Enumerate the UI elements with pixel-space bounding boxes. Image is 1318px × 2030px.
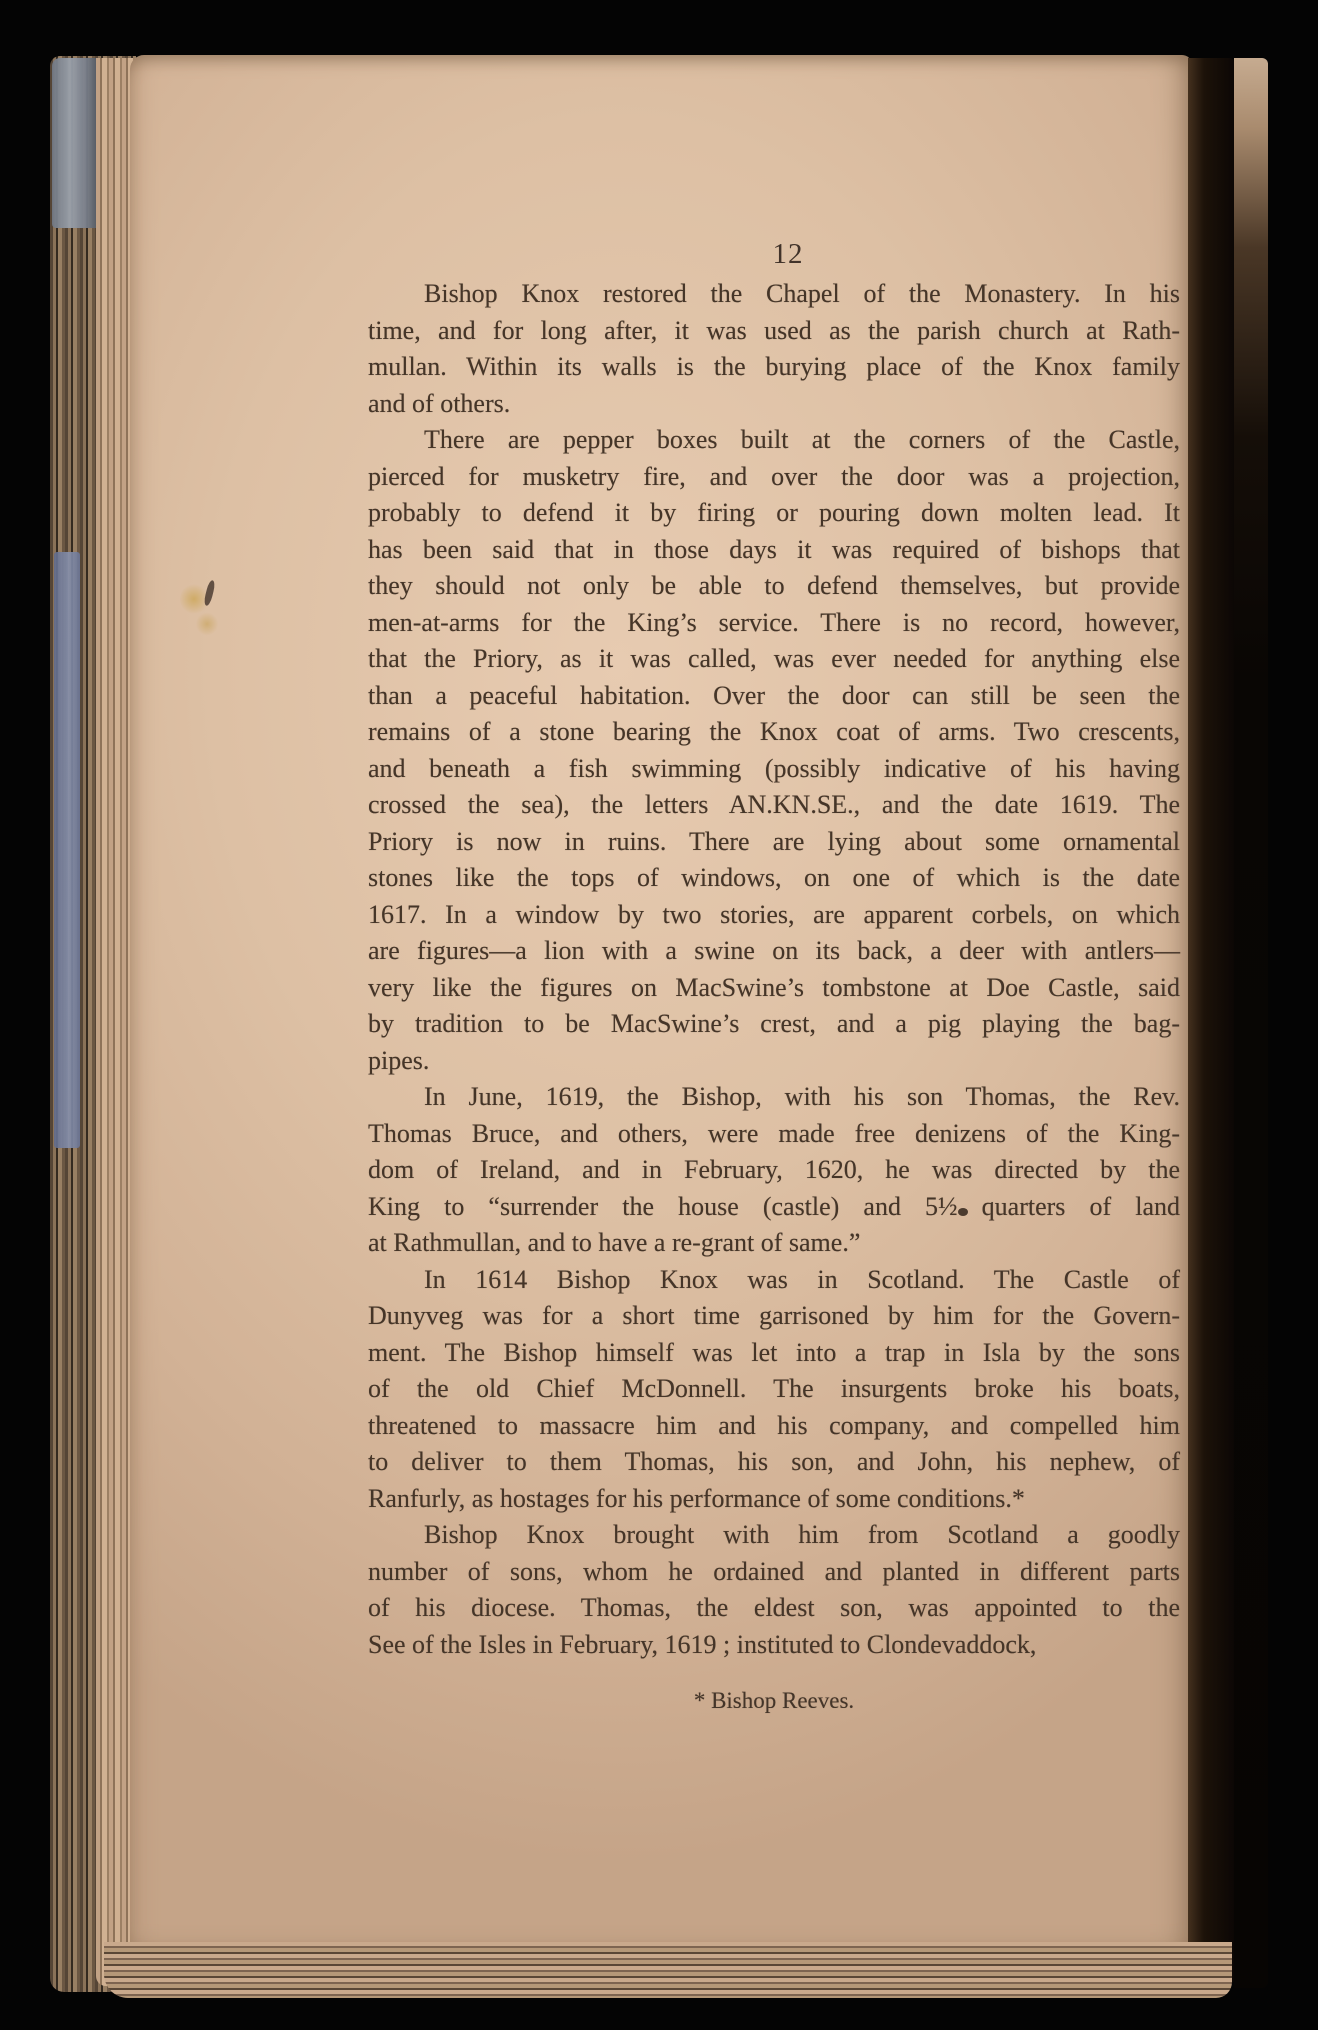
text-line: There are pepper boxes built at the corn… xyxy=(368,422,1180,459)
text-line: and beneath a fish swimming (possibly in… xyxy=(368,751,1180,788)
text-line: that the Priory, as it was called, was e… xyxy=(368,641,1180,678)
left-stack-blue-endpaper xyxy=(52,58,96,228)
paper-stain xyxy=(196,612,218,636)
text-line: In June, 1619, the Bishop, with his son … xyxy=(368,1079,1180,1116)
text-line: Priory is now in ruins. There are lying … xyxy=(368,824,1180,861)
text-line: and of others. xyxy=(368,386,1180,423)
text-line: Bishop Knox brought with him from Scotla… xyxy=(368,1517,1180,1554)
text-line: are figures—a lion with a swine on its b… xyxy=(368,933,1180,970)
text-line: time, and for long after, it was used as… xyxy=(368,313,1180,350)
right-outer-page-edge xyxy=(1234,58,1268,1988)
text-line: stones like the tops of windows, on one … xyxy=(368,860,1180,897)
text-line: dom of Ireland, and in February, 1620, h… xyxy=(368,1152,1180,1189)
text-line: ment. The Bishop himself was let into a … xyxy=(368,1335,1180,1372)
paragraph: Bishop Knox restored the Chapel of the M… xyxy=(368,276,1180,422)
right-page-gutter-shadow xyxy=(1188,58,1234,1984)
text-line: has been said that in those days it was … xyxy=(368,532,1180,569)
text-line: by tradition to be MacSwine’s crest, and… xyxy=(368,1006,1180,1043)
text-line: See of the Isles in February, 1619 ; ins… xyxy=(368,1627,1180,1664)
text-block: Bishop Knox restored the Chapel of the M… xyxy=(368,276,1180,1663)
text-line: men-at-arms for the King’s service. Ther… xyxy=(368,605,1180,642)
paragraph: In June, 1619, the Bishop, with his son … xyxy=(368,1079,1180,1262)
footnote: * Bishop Reeves. xyxy=(368,1688,1180,1714)
paragraph: Bishop Knox brought with him from Scotla… xyxy=(368,1517,1180,1663)
paragraph: There are pepper boxes built at the corn… xyxy=(368,422,1180,1079)
text-line: at Rathmullan, and to have a re-grant of… xyxy=(368,1225,1180,1262)
text-line: Dunyveg was for a short time garrisoned … xyxy=(368,1298,1180,1335)
text-line: very like the figures on MacSwine’s tomb… xyxy=(368,970,1180,1007)
text-line: to deliver to them Thomas, his son, and … xyxy=(368,1444,1180,1481)
text-line: of the old Chief McDonnell. The insurgen… xyxy=(368,1371,1180,1408)
text-line: mullan. Within its walls is the burying … xyxy=(368,349,1180,386)
text-line: Thomas Bruce, and others, were made free… xyxy=(368,1116,1180,1153)
text-line: pierced for musketry fire, and over the … xyxy=(368,459,1180,496)
text-line: pipes. xyxy=(368,1043,1180,1080)
text-line: Ranfurly, as hostages for his performanc… xyxy=(368,1481,1180,1518)
text-line: than a peaceful habitation. Over the doo… xyxy=(368,678,1180,715)
bottom-page-stack-edges xyxy=(104,1942,1232,1998)
text-line: crossed the sea), the letters AN.KN.SE.,… xyxy=(368,787,1180,824)
text-line: of his diocese. Thomas, the eldest son, … xyxy=(368,1590,1180,1627)
text-line: they should not only be able to defend t… xyxy=(368,568,1180,605)
text-line: threatened to massacre him and his compa… xyxy=(368,1408,1180,1445)
text-line: King to “surrender the house (castle) an… xyxy=(368,1189,1180,1226)
left-blue-page-edge xyxy=(54,552,80,1148)
text-line: probably to defend it by firing or pouri… xyxy=(368,495,1180,532)
page-number: 12 xyxy=(748,238,828,271)
text-line: 1617. In a window by two stories, are ap… xyxy=(368,897,1180,934)
text-line: Bishop Knox restored the Chapel of the M… xyxy=(368,276,1180,313)
text-line: remains of a stone bearing the Knox coat… xyxy=(368,714,1180,751)
book-scan: 12 Bishop Knox restored the Chapel of th… xyxy=(0,0,1318,2030)
text-line: In 1614 Bishop Knox was in Scotland. The… xyxy=(368,1262,1180,1299)
paragraph: In 1614 Bishop Knox was in Scotland. The… xyxy=(368,1262,1180,1518)
text-line: number of sons, whom he ordained and pla… xyxy=(368,1554,1180,1591)
